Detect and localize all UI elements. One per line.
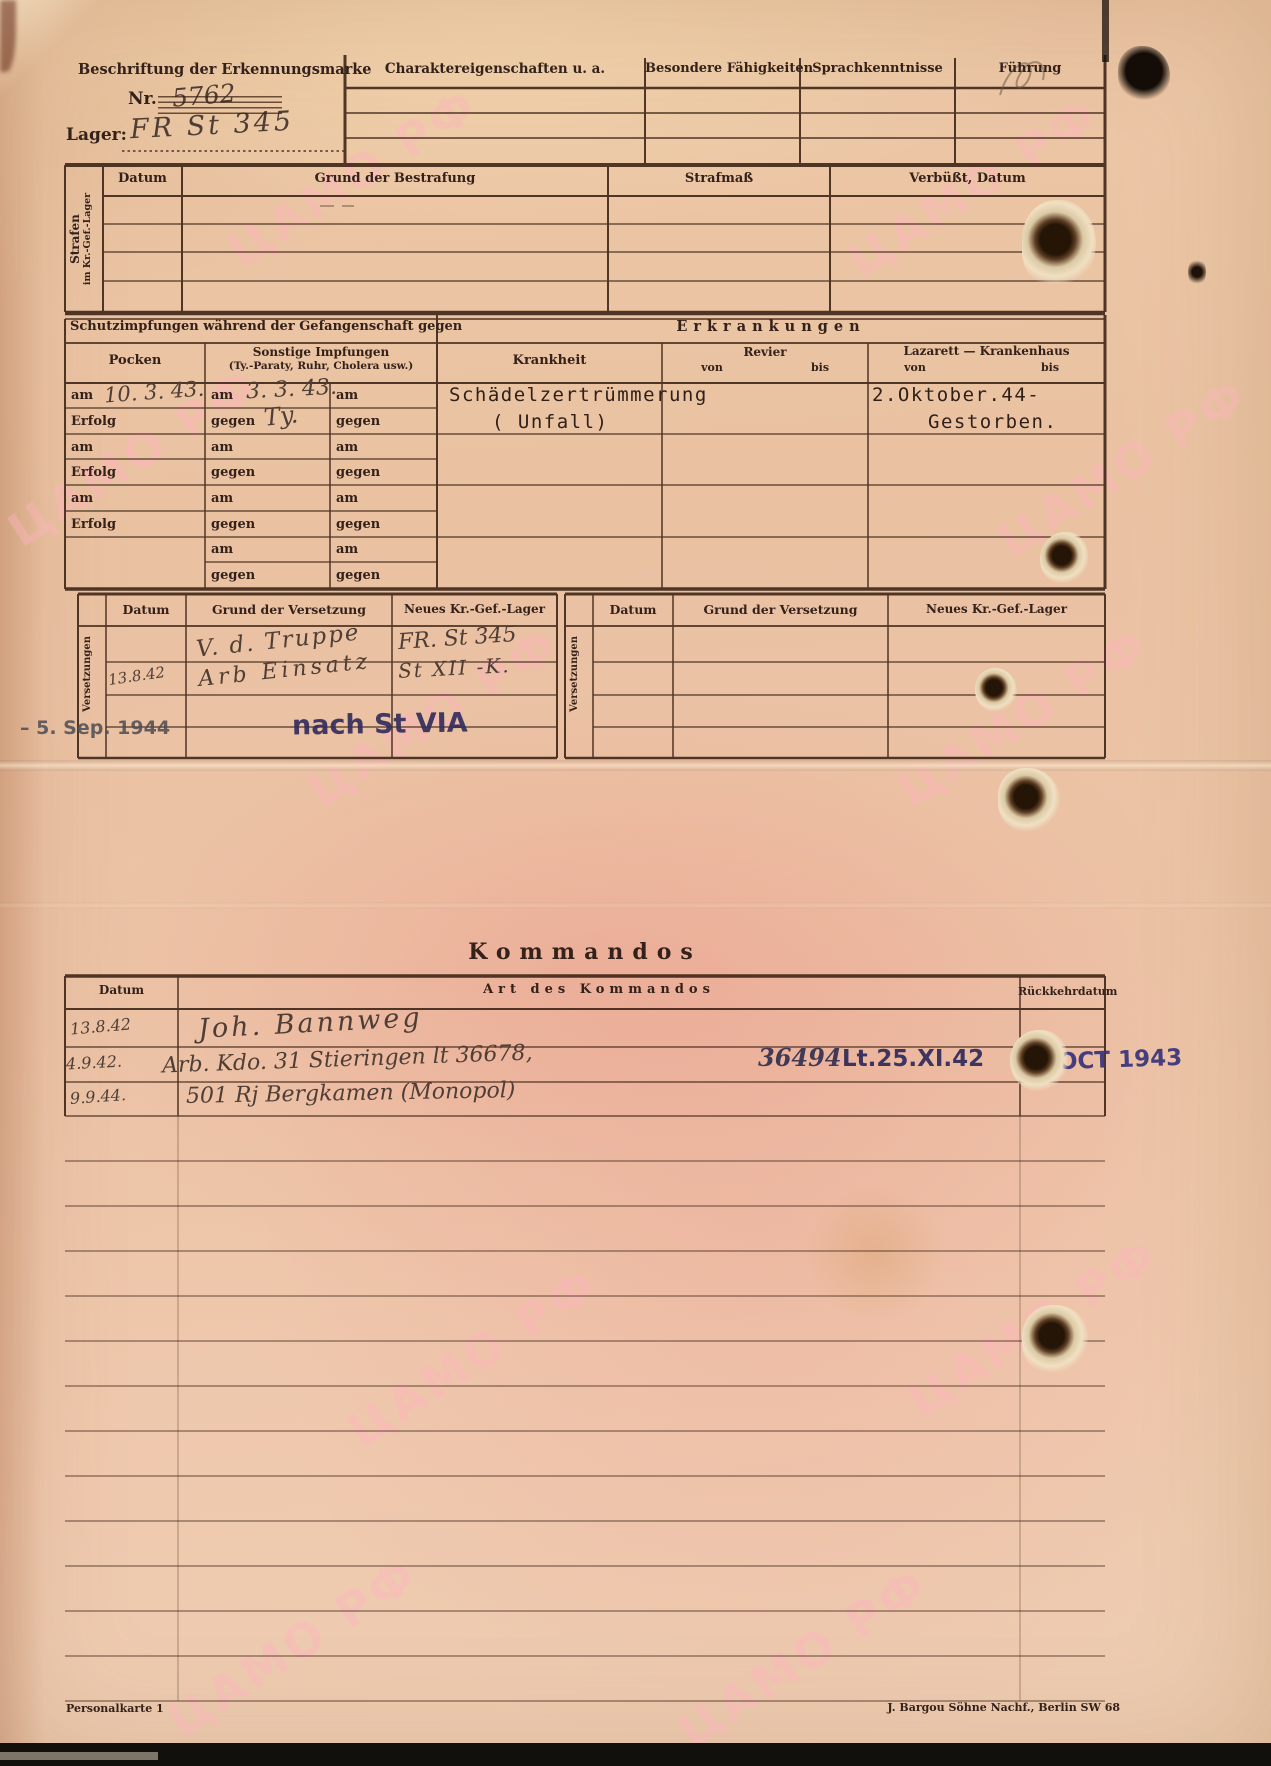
col-besondere-faehigkeiten: Besondere Fähigkeiten [645, 62, 800, 76]
erkrankungen-title: Erkrankungen [437, 319, 1105, 335]
paper-hole [975, 668, 1017, 712]
row-label: am [211, 389, 233, 403]
kommandos-col-rueckkehr: Rückkehrdatum [1018, 986, 1108, 998]
row-label: am [71, 389, 93, 403]
krankheit-entry-typed: Schädelzertrümmerung [449, 385, 708, 406]
versetzungen-col-datum: Datum [106, 603, 186, 617]
strafen-side-label: Strafen im Kr.-Gef.-Lager [68, 166, 104, 312]
paper-hole [1040, 532, 1088, 584]
ink-spot [1188, 258, 1206, 286]
scan-edge-sliver [0, 1752, 158, 1760]
footer-printer-imprint: J. Bargou Söhne Nachf., Berlin SW 68 [800, 1702, 1120, 1714]
col-sonstige-impfungen: Sonstige Impfungen [205, 346, 437, 359]
paper-hole [1010, 1030, 1068, 1092]
strafen-side-label-line1: Strafen [68, 166, 82, 312]
sep-1944-date-stamp: – 5. Sep. 1944 [20, 718, 170, 739]
row-label: gegen [211, 466, 255, 480]
gegen-ty-handwritten: Ty. [263, 401, 300, 431]
col-revier: Revier [662, 346, 868, 359]
fold-crease-faint [0, 902, 1271, 909]
versetzungen-col-grund-right: Grund der Versetzung [673, 603, 888, 617]
kommando-art-number-handwritten: 36494 [758, 1045, 842, 1071]
row-label: am [336, 441, 358, 455]
versetzungen-side-label-right: Versetzungen [569, 594, 593, 754]
lt-25-xi-42-stamp: Lt.25.XI.42 [842, 1047, 984, 1072]
versetzung-lager2-handwritten: St XII -K. [398, 654, 512, 682]
revier-bis-label: bis [800, 362, 840, 374]
strafen-side-label-line2: im Kr.-Gef.-Lager [82, 166, 93, 312]
versetzungen-col-lager-right: Neues Kr.-Gef.-Lager [888, 603, 1105, 616]
scan-edge-bottom [0, 1743, 1271, 1766]
revier-von-label: von [692, 362, 732, 374]
strafen-col-verbuesst: Verbüßt, Datum [830, 172, 1105, 186]
oct-1943-return-stamp: OCT 1943 [1058, 1046, 1183, 1076]
footer-form-name: Personalkarte 1 [66, 1703, 164, 1715]
row-label: gegen [211, 518, 255, 532]
strafen-col-grund: Grund der Bestrafung [182, 172, 608, 186]
row-label: gegen [336, 466, 380, 480]
lager-label: Lager: [66, 126, 127, 145]
row-label: gegen [211, 415, 255, 429]
col-charaktereigenschaften: Charaktereigenschaften u. a. [345, 62, 645, 77]
row-label: gegen [336, 569, 380, 583]
col-krankheit: Krankheit [437, 354, 662, 368]
row-label: am [211, 492, 233, 506]
col-sprachkenntnisse: Sprachkenntnisse [800, 62, 955, 76]
strafen-col-strafmass: Strafmaß [608, 172, 830, 186]
nr-strike-lines [158, 92, 282, 114]
strafen-col-datum: Datum [103, 172, 182, 186]
col-sonstige-impfungen-sub: (Ty.-Paraty, Ruhr, Cholera usw.) [205, 361, 437, 373]
kommando-datum-handwritten: 9.9.44. [69, 1086, 126, 1107]
edge-ink-streak [1102, 0, 1109, 62]
lazarett-bis-label: bis [1030, 362, 1070, 374]
nr-label: Nr. [128, 90, 157, 109]
impfungen-title: Schutzimpfungen während der Gefangenscha… [70, 320, 430, 334]
col-pocken: Pocken [65, 354, 205, 368]
lazarett-von-label: von [895, 362, 935, 374]
row-label: gegen [336, 415, 380, 429]
row-label: Erfolg [71, 518, 116, 532]
versetzungen-col-grund: Grund der Versetzung [186, 603, 392, 617]
lazarett-entry-typed: 2.Oktober.44- [872, 385, 1040, 406]
krankheit-entry-typed-line2: ( Unfall) [492, 412, 608, 433]
corner-ink-blob [1118, 46, 1170, 102]
nach-st-via-stamp: nach St VIA [292, 708, 468, 741]
kommando-datum-handwritten: 4.9.42. [66, 1053, 123, 1073]
lazarett-entry-typed-line2: Gestorben. [928, 412, 1057, 433]
versetzungen-col-lager: Neues Kr.-Gef.-Lager [392, 603, 557, 616]
row-label: Erfolg [71, 415, 116, 429]
row-label: am [71, 441, 93, 455]
paper-hole [998, 768, 1060, 832]
row-label: am [336, 543, 358, 557]
versetzungen-col-datum-right: Datum [593, 603, 673, 617]
row-label: am [211, 441, 233, 455]
row-label: am [336, 492, 358, 506]
row-label: am [71, 492, 93, 506]
kommandos-title: Kommandos [65, 940, 1105, 964]
kommandos-col-datum: Datum [65, 984, 178, 997]
row-label: gegen [336, 518, 380, 532]
col-fuehrung: Führung [955, 62, 1105, 76]
col-lazarett: Lazarett — Krankenhaus [868, 345, 1105, 358]
erkennungsmarke-title: Beschriftung der Erkennungsmarke [78, 62, 338, 78]
row-label: Erfolg [71, 466, 116, 480]
row-label: gegen [211, 569, 255, 583]
personalkarte-document: ЦАМО РФ ЦАМО РФ ЦАМО РФ ЦАМО РФ ЦАМО РФ … [0, 0, 1271, 1766]
kommandos-col-art: Art des Kommandos [178, 983, 1020, 997]
versetzungen-side-label-text: Versetzungen [569, 594, 580, 754]
row-label: am [211, 543, 233, 557]
fold-crease [0, 760, 1271, 771]
row-label: am [336, 389, 358, 403]
